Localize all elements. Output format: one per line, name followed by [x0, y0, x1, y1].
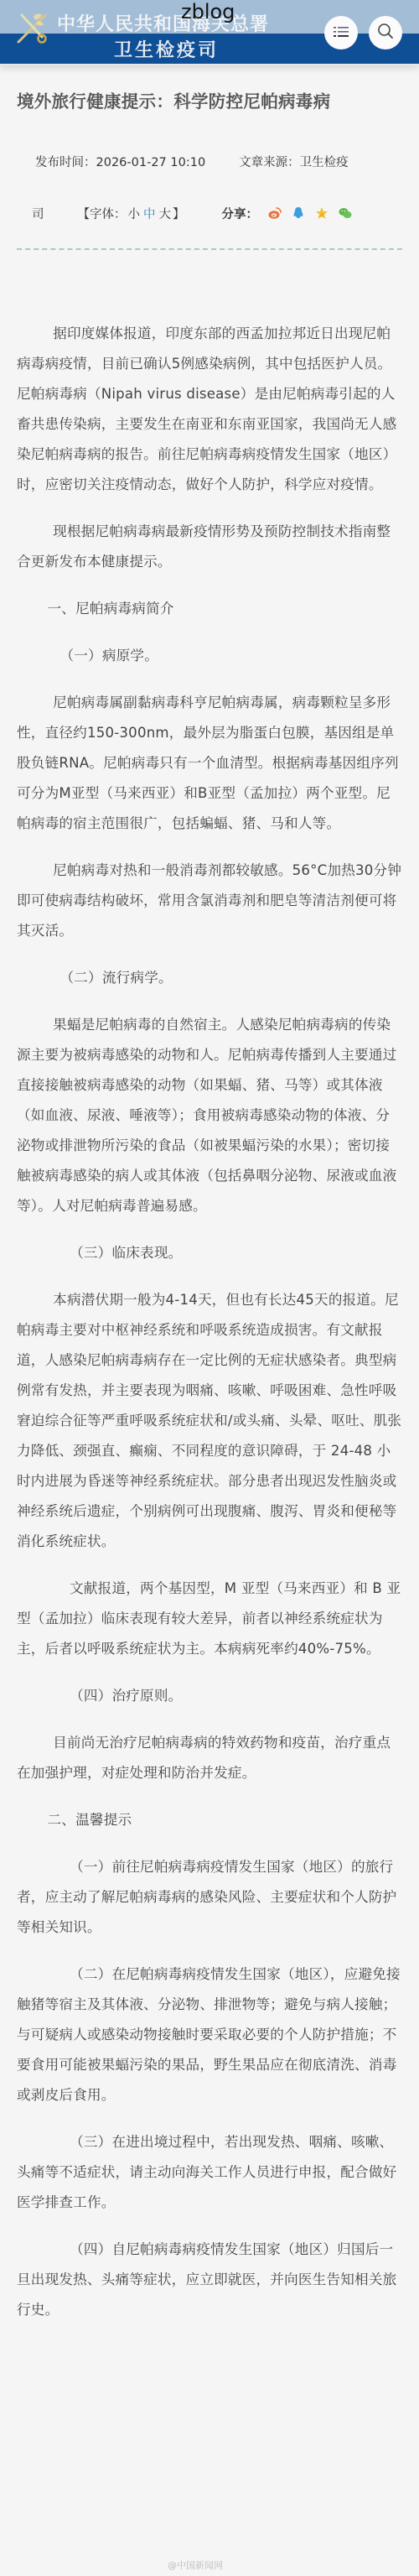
article-meta-line1: 发布时间：2026-01-27 10:10文章来源：卫生检疫: [35, 154, 419, 171]
source-value: 卫生检疫: [300, 156, 349, 169]
font-label-close: 】: [173, 208, 185, 221]
subsection-heading: （三）临床表现。: [17, 1238, 402, 1268]
font-size-large[interactable]: 大: [158, 208, 173, 221]
font-size-control: 【字体：小中大】: [78, 205, 185, 222]
section-heading: 二、温馨提示: [17, 1805, 402, 1835]
qq-icon[interactable]: [292, 206, 305, 220]
site-header: 中华人民共和国海关总署 卫生检疫司 zblog: [0, 0, 419, 65]
weibo-icon[interactable]: [268, 206, 282, 220]
tip-item: （三）在进出境过程中，若出现发热、咽痛、咳嗽、头痛等不适症状，请主动向海关工作人…: [17, 2127, 402, 2218]
paragraph: 目前尚无治疗尼帕病毒病的特效药物和疫苗，治疗重点在加强护理，对症处理和防治并发症…: [17, 1728, 402, 1788]
org-name-line2: 卫生检疫司: [114, 36, 219, 62]
list-menu-icon: [334, 25, 349, 41]
article-meta-line2: 司 【字体：小中大】 分享：: [32, 203, 419, 223]
footer-watermark: @中国新闻网: [168, 2558, 223, 2572]
font-label-open: 【字体：: [78, 208, 127, 221]
paragraph: 尼帕病毒对热和一般消毒剂都较敏感。56°C加热30分钟即可使病毒结构破坏，常用含…: [17, 856, 402, 946]
watermark-text: zblog: [181, 0, 235, 23]
source-value-wrap: 司: [32, 205, 44, 222]
paragraph: 据印度媒体报道，印度东部的西孟加拉邦近日出现尼帕病毒病疫情，目前已确认5例感染病…: [17, 319, 402, 500]
header-divider: [0, 64, 419, 65]
org-name-line1: 中华人民共和国海关总署: [57, 10, 269, 36]
tip-item: （一）前往尼帕病毒病疫情发生国家（地区）的旅行者，应主动了解尼帕病毒病的感染风险…: [17, 1852, 402, 1943]
source-label: 文章来源：: [239, 156, 300, 169]
wechat-icon[interactable]: [339, 206, 352, 220]
paragraph: 果蝠是尼帕病毒的自然宿主。人感染尼帕病毒病的传染源主要为被病毒感染的动物和人。尼…: [17, 1010, 402, 1221]
search-icon: [377, 23, 394, 43]
subsection-heading: （四）治疗原则。: [17, 1681, 402, 1711]
subsection-heading: （一）病原学。: [17, 641, 402, 671]
font-size-small[interactable]: 小: [127, 208, 142, 221]
publish-time-label: 发布时间：: [35, 156, 96, 169]
share-icons: [268, 206, 362, 220]
paragraph: 现根据尼帕病毒病最新疫情形势及预防控制技术指南整合更新发布本健康提示。: [17, 517, 402, 577]
article-body: 据印度媒体报道，印度东部的西孟加拉邦近日出现尼帕病毒病疫情，目前已确认5例感染病…: [0, 250, 419, 2376]
qzone-star-icon[interactable]: [315, 206, 328, 220]
paragraph: 尼帕病毒属副黏病毒科亨尼帕病毒属，病毒颗粒呈多形性，直径约150-300nm，最…: [17, 688, 402, 839]
paragraph: 本病潜伏期一般为4-14天，但也有长达45天的报道。尼帕病毒主要对中枢神经系统和…: [17, 1285, 402, 1557]
section-heading: 一、尼帕病毒病简介: [17, 594, 402, 624]
share-label: 分享：: [222, 205, 259, 222]
tip-item: （四）自尼帕病毒病疫情发生国家（地区）归国后一旦出现发热、头痛等症状，应立即就医…: [17, 2235, 402, 2325]
tip-item: （二）在尼帕病毒病疫情发生国家（地区），应避免接触猪等宿主及其体液、分泌物、排泄…: [17, 1959, 402, 2110]
search-button[interactable]: [369, 16, 402, 49]
article-title: 境外旅行健康提示：科学防控尼帕病毒病: [17, 89, 402, 114]
customs-emblem-icon[interactable]: [17, 10, 50, 45]
paragraph: 文献报道，两个基因型，M 亚型（马来西亚）和 B 亚型（孟加拉）临床表现有较大差…: [17, 1574, 402, 1664]
font-size-medium[interactable]: 中: [142, 208, 158, 221]
subsection-heading: （二）流行病学。: [17, 963, 402, 993]
menu-button[interactable]: [324, 16, 358, 49]
publish-time: 2026-01-27 10:10: [96, 156, 206, 169]
